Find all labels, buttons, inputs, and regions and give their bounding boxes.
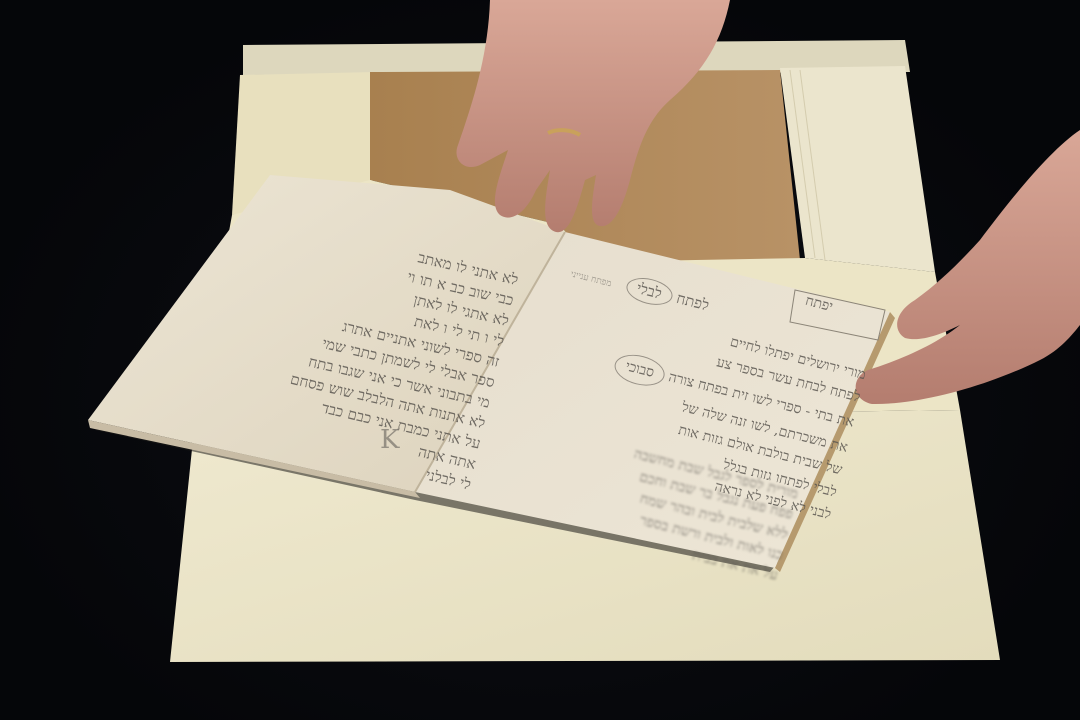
right-header-left: לפתח xyxy=(675,289,711,314)
photo-scene: לא אתני לו מאתב כבי שוב כב א תו וי לא את… xyxy=(0,0,1080,720)
left-page-corner-mark: K xyxy=(380,425,399,455)
